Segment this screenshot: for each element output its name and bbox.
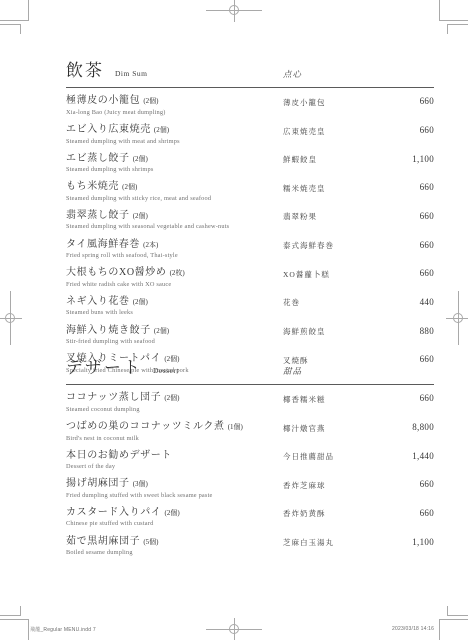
menu-item: ココナッツ蒸し団子 (2個) Steamed coconut dumpling … bbox=[66, 392, 434, 413]
item-main-line: 翡翠蒸し餃子 (2個) bbox=[66, 210, 434, 222]
item-count: (2個) bbox=[165, 509, 180, 517]
item-main-line: もち米焼売 (2個) bbox=[66, 181, 434, 193]
menu-item: つばめの巣のココナッツミルク煮 (1個) Bird's nest in coco… bbox=[66, 421, 434, 442]
item-description-en: Fried white radish cake with XO sauce bbox=[66, 281, 434, 289]
menu-item: 極薄皮の小籠包 (2個) Xia-long Bao (Juicy meat du… bbox=[66, 95, 434, 116]
menu-item: 揚げ胡麻団子 (3個) Fried dumpling stuffed with … bbox=[66, 478, 434, 499]
item-name-ja: 揚げ胡麻団子 bbox=[66, 478, 130, 489]
item-price: 660 bbox=[420, 182, 434, 192]
item-name-zh: 薄皮小籠包 bbox=[283, 97, 326, 108]
item-price: 660 bbox=[420, 96, 434, 106]
item-price: 8,800 bbox=[412, 422, 434, 432]
item-description-en: Fried spring roll with seafood, Thai-sty… bbox=[66, 252, 434, 260]
item-price: 440 bbox=[420, 297, 434, 307]
menu-item: エビ蒸し餃子 (2個) Steamed dumpling with shrimp… bbox=[66, 153, 434, 174]
menu-item: 海鮮入り焼き餃子 (2個) Stir-fried dumpling with s… bbox=[66, 325, 434, 346]
registration-mark-bottom-icon bbox=[206, 618, 262, 640]
item-description-en: Bird's nest in coconut milk bbox=[66, 435, 434, 443]
item-name-zh: 海鮮煎餃皇 bbox=[283, 326, 326, 337]
item-main-line: エビ入り広東焼売 (2個) bbox=[66, 124, 434, 136]
item-description-en: Steamed dumpling with seasonal vegetable… bbox=[66, 223, 434, 231]
item-count: (2個) bbox=[154, 126, 169, 134]
item-description-en: Dessert of the day bbox=[66, 463, 434, 471]
item-name-ja: つばめの巣のココナッツミルク煮 bbox=[66, 421, 225, 432]
menu-item: 本日のお勧めデザート Dessert of the day 今日推薦甜品 1,4… bbox=[66, 450, 434, 471]
section-title-ja: 飲茶 bbox=[66, 61, 104, 80]
item-description-en: Steamed coconut dumpling bbox=[66, 406, 434, 414]
item-name-zh: 香炸芝麻球 bbox=[283, 480, 326, 491]
item-name-zh: 椰汁燉官燕 bbox=[283, 423, 326, 434]
item-description-en: Chinese pie stuffed with custard bbox=[66, 520, 434, 528]
item-main-line: エビ蒸し餃子 (2個) bbox=[66, 153, 434, 165]
item-name-zh: 糯米焼売皇 bbox=[283, 183, 326, 194]
item-count: (2個) bbox=[133, 212, 148, 220]
item-description-en: Steamed buns with leeks bbox=[66, 309, 434, 317]
item-price: 660 bbox=[420, 268, 434, 278]
section-header: 飲茶 Dim Sum 点心 bbox=[66, 61, 434, 88]
item-main-line: つばめの巣のココナッツミルク煮 (1個) bbox=[66, 421, 434, 433]
registration-mark-top-icon bbox=[206, 0, 262, 22]
section-title-en: Dessert bbox=[153, 366, 179, 375]
item-price: 1,440 bbox=[412, 451, 434, 461]
item-main-line: ココナッツ蒸し団子 (2個) bbox=[66, 392, 434, 404]
item-main-line: 極薄皮の小籠包 (2個) bbox=[66, 95, 434, 107]
item-main-line: 大根もちのXO醤炒め (2枚) bbox=[66, 267, 434, 279]
footer-file-slug: 飛龍_Regular MENU.indd 7 bbox=[30, 626, 96, 633]
section-title-zh: 甜品 bbox=[283, 365, 302, 377]
item-name-ja: ネギ入り花巻 bbox=[66, 296, 130, 307]
menu-item: 大根もちのXO醤炒め (2枚) Fried white radish cake … bbox=[66, 267, 434, 288]
item-price: 660 bbox=[420, 240, 434, 250]
item-main-line: 本日のお勧めデザート bbox=[66, 450, 434, 462]
item-description-en: Steamed dumpling with meat and shrimps bbox=[66, 138, 434, 146]
item-main-line: 海鮮入り焼き餃子 (2個) bbox=[66, 325, 434, 337]
item-name-ja: 翡翠蒸し餃子 bbox=[66, 210, 130, 221]
item-name-ja: カスタード入りパイ bbox=[66, 507, 161, 518]
item-name-ja: 海鮮入り焼き餃子 bbox=[66, 325, 151, 336]
item-name-ja: もち米焼売 bbox=[66, 181, 119, 192]
item-count: (2本) bbox=[143, 241, 158, 249]
item-name-ja: タイ風海鮮春巻 bbox=[66, 239, 140, 250]
item-count: (5個) bbox=[143, 538, 158, 546]
item-name-zh: XO醤蘿卜糕 bbox=[283, 269, 330, 280]
item-main-line: 茹で黒胡麻団子 (5個) bbox=[66, 536, 434, 548]
item-name-zh: 花巻 bbox=[283, 297, 300, 308]
menu-page: 飲茶 Dim Sum 点心 極薄皮の小籠包 (2個) Xia-long Bao … bbox=[0, 0, 468, 640]
registration-mark-left-icon bbox=[0, 291, 22, 345]
item-main-line: タイ風海鮮春巻 (2本) bbox=[66, 239, 434, 251]
item-price: 660 bbox=[420, 125, 434, 135]
item-name-zh: 椰香糯米糍 bbox=[283, 394, 326, 405]
item-price: 660 bbox=[420, 479, 434, 489]
item-name-zh: 鮮蝦餃皇 bbox=[283, 154, 317, 165]
item-name-ja: エビ蒸し餃子 bbox=[66, 153, 130, 164]
menu-item: カスタード入りパイ (2個) Chinese pie stuffed with … bbox=[66, 507, 434, 528]
item-description-en: Steamed dumpling with sticky rice, meat … bbox=[66, 195, 434, 203]
registration-mark-right-icon bbox=[446, 291, 468, 345]
item-count: (2個) bbox=[143, 97, 158, 105]
item-count: (2個) bbox=[133, 298, 148, 306]
item-description-en: Boiled sesame dumpling bbox=[66, 549, 434, 557]
item-description-en: Xia-long Bao (Juicy meat dumpling) bbox=[66, 109, 434, 117]
section-header: デザート Dessert 甜品 bbox=[66, 358, 434, 385]
item-price: 660 bbox=[420, 211, 434, 221]
section-title-zh: 点心 bbox=[283, 68, 302, 80]
item-price: 880 bbox=[420, 326, 434, 336]
item-count: (2個) bbox=[154, 327, 169, 335]
item-count: (2個) bbox=[164, 394, 179, 402]
item-description-en: Fried dumpling stuffed with sweet black … bbox=[66, 492, 434, 500]
item-count: (2個) bbox=[133, 155, 148, 163]
item-name-zh: 翡翠粉果 bbox=[283, 211, 317, 222]
item-name-ja: エビ入り広東焼売 bbox=[66, 124, 151, 135]
item-main-line: ネギ入り花巻 (2個) bbox=[66, 296, 434, 308]
item-name-ja: ココナッツ蒸し団子 bbox=[66, 392, 161, 403]
item-description-en: Stir-fried dumpling with seafood bbox=[66, 338, 434, 346]
menu-item: エビ入り広東焼売 (2個) Steamed dumpling with meat… bbox=[66, 124, 434, 145]
section-title-en: Dim Sum bbox=[115, 69, 147, 78]
item-count: (2個) bbox=[122, 183, 137, 191]
menu-item: もち米焼売 (2個) Steamed dumpling with sticky … bbox=[66, 181, 434, 202]
item-name-ja: 極薄皮の小籠包 bbox=[66, 95, 140, 106]
item-count: (2枚) bbox=[170, 269, 185, 277]
item-name-zh: 香炸奶黄酥 bbox=[283, 508, 326, 519]
crop-mark-bottom-right-icon bbox=[434, 606, 468, 640]
item-description-en: Steamed dumpling with shrimps bbox=[66, 166, 434, 174]
item-main-line: カスタード入りパイ (2個) bbox=[66, 507, 434, 519]
menu-item: ネギ入り花巻 (2個) Steamed buns with leeks 花巻 4… bbox=[66, 296, 434, 317]
crop-mark-top-right-icon bbox=[434, 0, 468, 34]
crop-mark-top-left-icon bbox=[0, 0, 34, 34]
item-price: 1,100 bbox=[412, 154, 434, 164]
menu-item: 翡翠蒸し餃子 (2個) Steamed dumpling with season… bbox=[66, 210, 434, 231]
item-name-zh: 広東焼売皇 bbox=[283, 126, 326, 137]
item-name-zh: 今日推薦甜品 bbox=[283, 451, 334, 462]
item-main-line: 揚げ胡麻団子 (3個) bbox=[66, 478, 434, 490]
menu-item: 茹で黒胡麻団子 (5個) Boiled sesame dumpling 芝麻白玉… bbox=[66, 536, 434, 557]
item-name-zh: 芝麻白玉湯丸 bbox=[283, 537, 334, 548]
crop-mark-bottom-left-icon bbox=[0, 606, 34, 640]
item-price: 1,100 bbox=[412, 537, 434, 547]
section-title-ja: デザート bbox=[66, 358, 142, 377]
item-count: (1個) bbox=[228, 423, 243, 431]
item-list: 極薄皮の小籠包 (2個) Xia-long Bao (Juicy meat du… bbox=[66, 88, 434, 374]
item-list: ココナッツ蒸し団子 (2個) Steamed coconut dumpling … bbox=[66, 385, 434, 556]
item-name-ja: 本日のお勧めデザート bbox=[66, 450, 172, 461]
item-count: (3個) bbox=[133, 480, 148, 488]
item-name-zh: 泰式海鮮春巻 bbox=[283, 240, 334, 251]
section-dessert: デザート Dessert 甜品 ココナッツ蒸し団子 (2個) Steamed c… bbox=[66, 358, 434, 564]
item-name-ja: 茹で黒胡麻団子 bbox=[66, 536, 140, 547]
footer-timestamp: 2023/03/18 14:16 bbox=[392, 626, 434, 632]
item-price: 660 bbox=[420, 508, 434, 518]
menu-item: タイ風海鮮春巻 (2本) Fried spring roll with seaf… bbox=[66, 239, 434, 260]
section-dim-sum: 飲茶 Dim Sum 点心 極薄皮の小籠包 (2個) Xia-long Bao … bbox=[66, 61, 434, 382]
item-price: 660 bbox=[420, 393, 434, 403]
item-name-ja: 大根もちのXO醤炒め bbox=[66, 267, 166, 278]
